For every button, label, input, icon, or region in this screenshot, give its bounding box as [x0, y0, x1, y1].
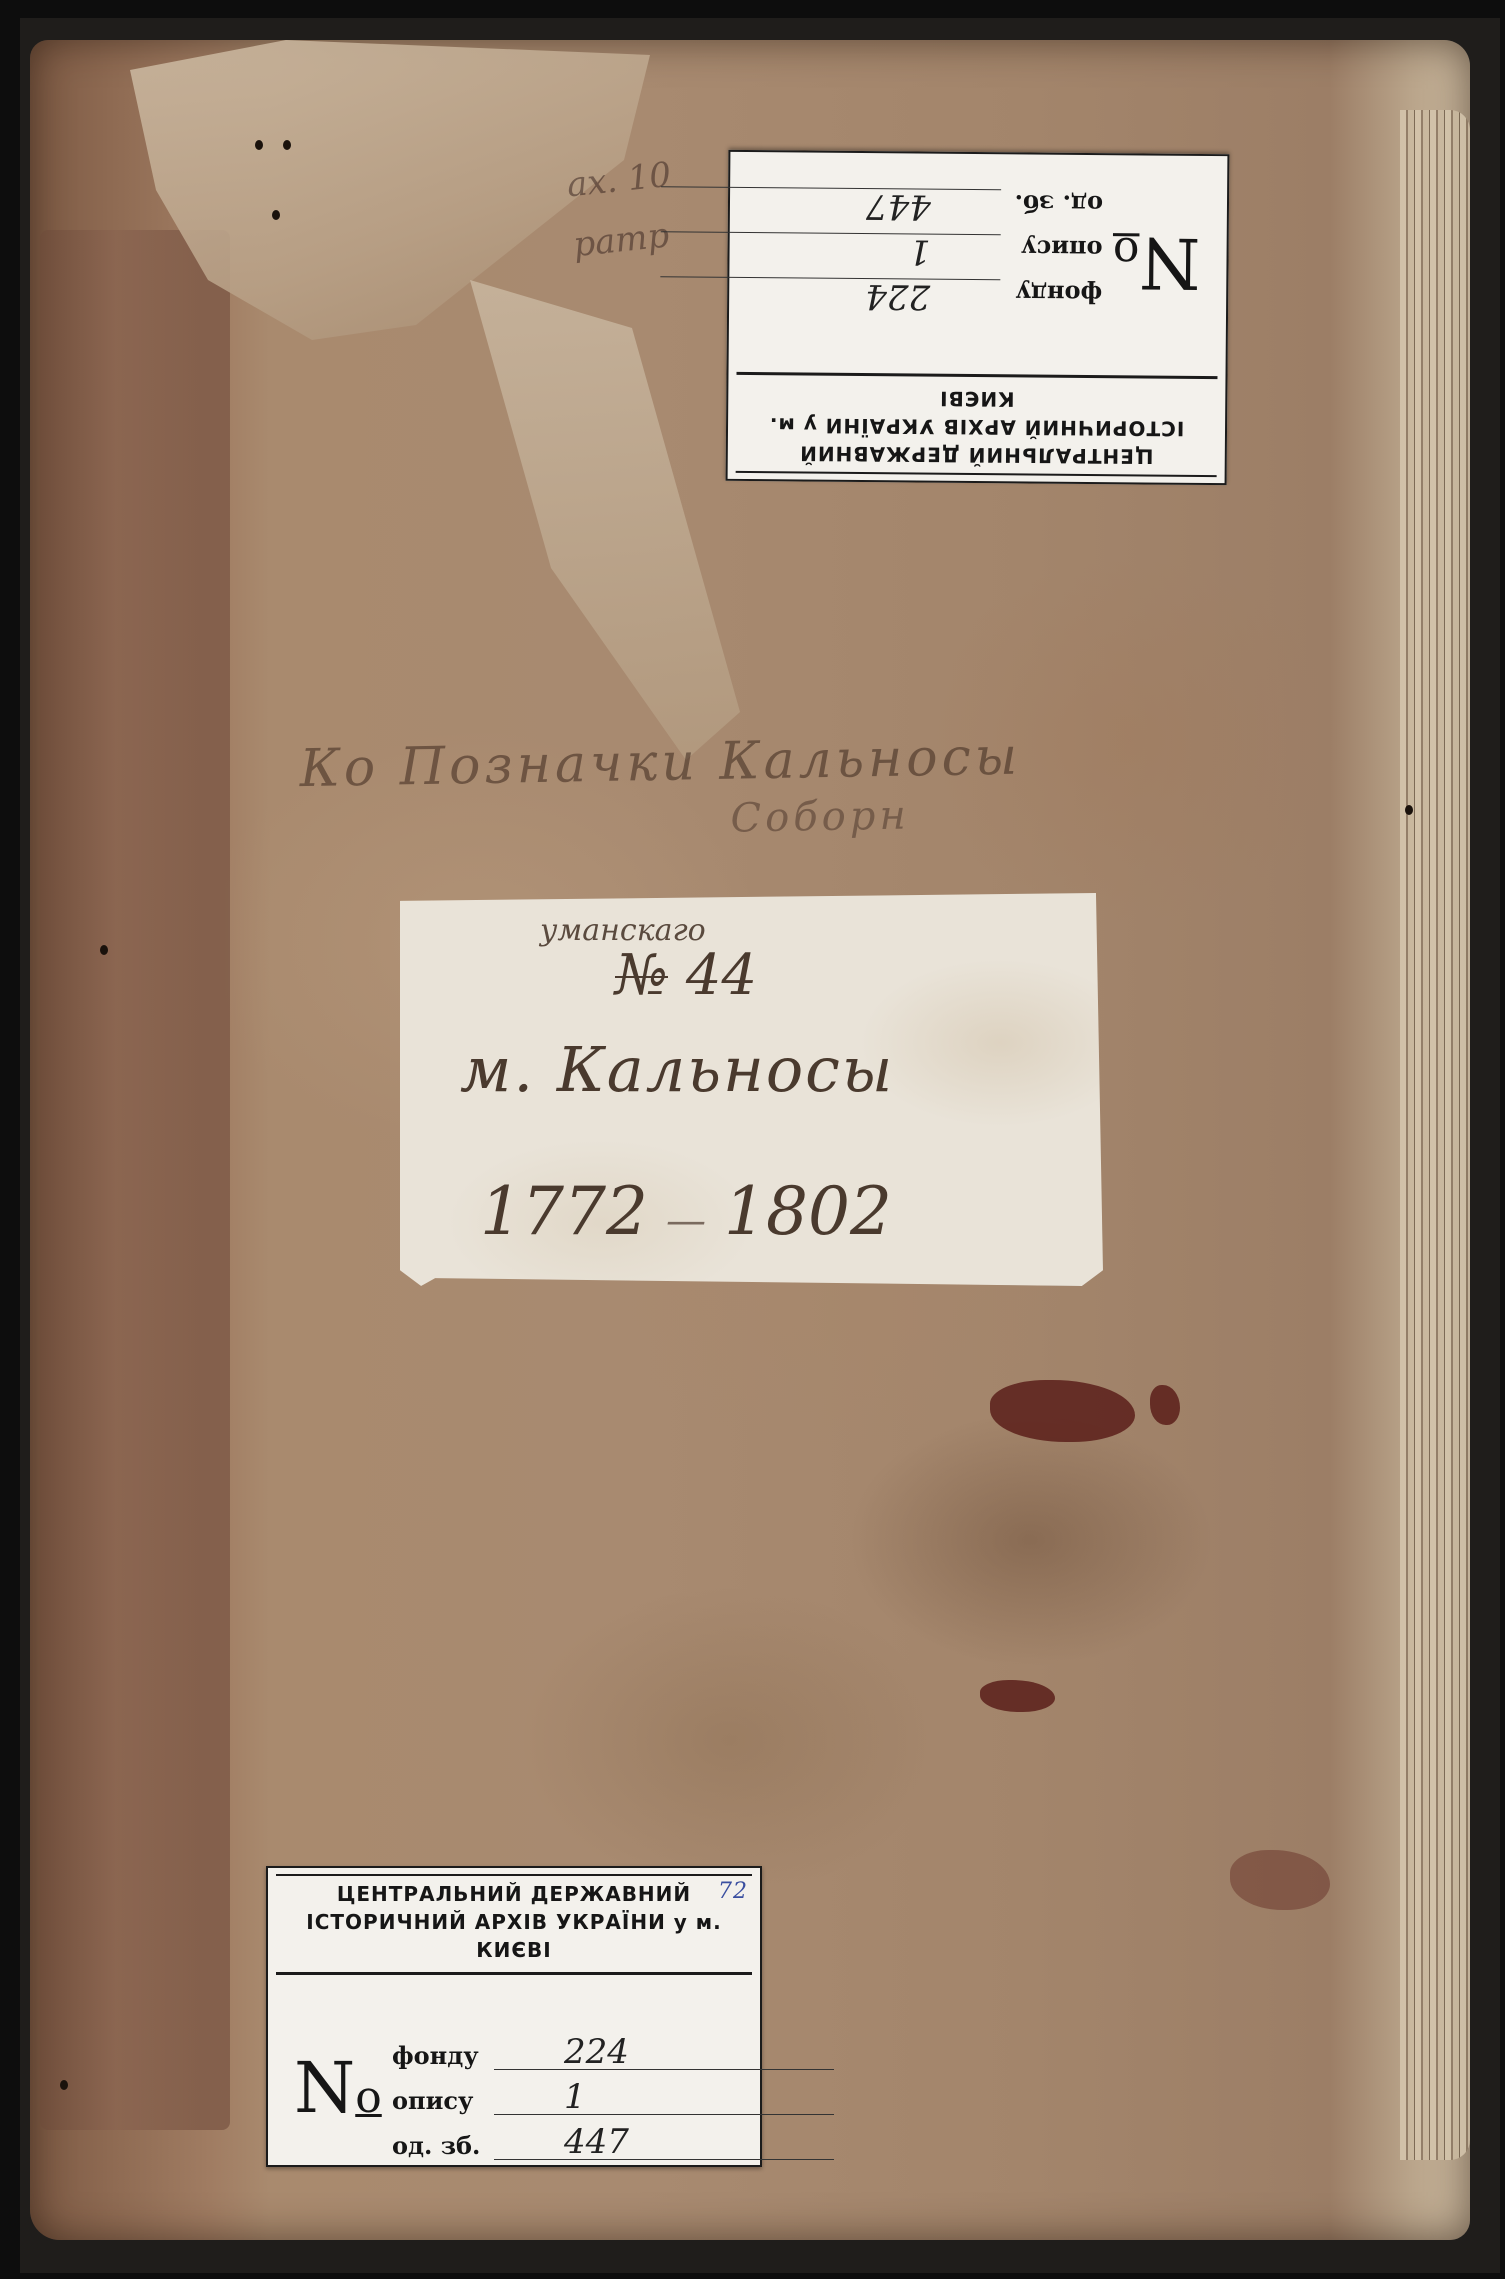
handwriting-line-1: Ко Позначки Кальносы	[299, 727, 1021, 800]
archive-label-bottom: ЦЕНТРАЛЬНИЙ ДЕРЖАВНИЙ ІСТОРИЧНИЙ АРХІВ У…	[266, 1866, 762, 2167]
worm-hole	[272, 210, 280, 220]
year-end: 1802	[724, 1173, 892, 1250]
year-dash: —	[666, 1198, 706, 1244]
numero-sign: No	[294, 2053, 382, 2133]
field-unit: од. зб. 447	[661, 186, 1103, 225]
label-header: ЦЕНТРАЛЬНИЙ ДЕРЖАВНИЙ ІСТОРИЧНИЙ АРХІВ У…	[736, 372, 1218, 477]
label-header-line-1: ЦЕНТРАЛЬНИЙ ДЕРЖАВНИЙ	[736, 439, 1217, 471]
label-header: ЦЕНТРАЛЬНИЙ ДЕРЖАВНИЙ ІСТОРИЧНИЙ АРХІВ У…	[276, 1874, 752, 1975]
paper-label-place: м. Кальносы	[460, 1033, 894, 1106]
field-label: од. зб.	[392, 2131, 494, 2160]
cover-spine-edge	[40, 230, 230, 2130]
struck-numero: №	[615, 943, 668, 1008]
field-opys: опису 1	[392, 2080, 834, 2115]
field-fond: фонду 224	[660, 276, 1102, 315]
year-start: 1772	[480, 1173, 648, 1250]
label-header-line-1: ЦЕНТРАЛЬНИЙ ДЕРЖАВНИЙ	[276, 1880, 752, 1908]
field-value: 224	[660, 276, 1000, 314]
archive-label-top-inverted: ЦЕНТРАЛЬНИЙ ДЕРЖАВНИЙ ІСТОРИЧНИЙ АРХІВ У…	[726, 150, 1230, 485]
label-body: No фонду 224 опису 1 од. зб. 447	[729, 172, 1228, 376]
field-fond: фонду 224	[392, 2035, 834, 2070]
paper-label-years: 1772—1802	[480, 1173, 892, 1250]
worm-hole	[283, 140, 291, 150]
cover-handwriting: Ко Позначки Кальносы Соборн	[299, 721, 1351, 849]
handwritten-paper-label: уманскаго № 44 м. Кальносы 1772—1802	[400, 893, 1103, 1286]
label-header-line-2: ІСТОРИЧНИЙ АРХІВ УКРАЇНИ у м. КИЄВІ	[276, 1908, 752, 1964]
field-value: 447	[661, 186, 1001, 224]
field-value: 1	[494, 2080, 834, 2115]
field-label: од. зб.	[1001, 189, 1103, 219]
scribble-line: ах. 10	[564, 145, 674, 216]
label-body: No фонду 224 опису 1 од. зб. 447	[268, 1975, 760, 2175]
field-label: фонду	[1000, 279, 1102, 309]
field-label: опису	[1000, 234, 1102, 264]
paper-label-number-value: 44	[686, 943, 757, 1008]
field-value: 1	[660, 231, 1000, 269]
page-edges	[1400, 110, 1470, 2160]
field-label: опису	[392, 2086, 494, 2115]
paper-label-number: № 44	[615, 943, 757, 1008]
label-header-line-2: ІСТОРИЧНИЙ АРХІВ УКРАЇНИ у м. КИЄВІ	[736, 383, 1217, 443]
corner-ink-note: 72	[718, 1878, 748, 1906]
worm-hole	[60, 2080, 68, 2090]
worm-hole	[255, 140, 263, 150]
worm-hole	[100, 945, 108, 955]
field-unit: од. зб. 447	[392, 2125, 834, 2160]
field-value: 224	[494, 2035, 834, 2070]
field-label: фонду	[392, 2041, 494, 2070]
field-opys: опису 1	[660, 231, 1102, 270]
field-value: 447	[494, 2125, 834, 2160]
worm-hole	[1405, 805, 1413, 815]
numero-sign: No	[1112, 217, 1200, 298]
